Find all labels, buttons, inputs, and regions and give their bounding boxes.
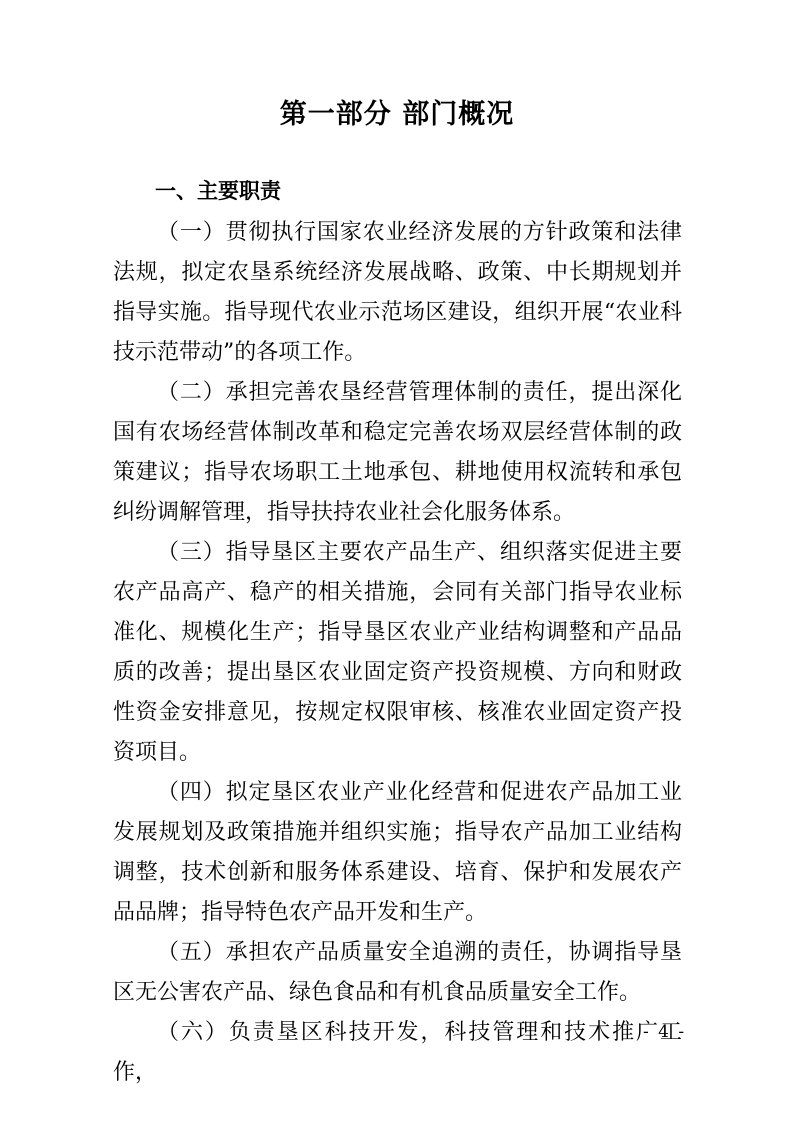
paragraph: （四）拟定垦区农业产业化经营和促进农产品加工业发展规划及政策措施并组织实施；指导… (113, 773, 682, 933)
document-title: 第一部分 部门概况 (0, 0, 794, 132)
document-page: 第一部分 部门概况 一、主要职责 （一）贯彻执行国家农业经济发展的方针政策和法律… (0, 0, 794, 1123)
paragraph: （五）承担农产品质量安全追溯的责任，协调指导垦区无公害农产品、绿色食品和有机食品… (113, 933, 682, 1013)
paragraph: （一）贯彻执行国家农业经济发展的方针政策和法律法规，拟定农垦系统经济发展战略、政… (113, 213, 682, 373)
page-number: - 4 - (643, 1022, 686, 1042)
section-heading: 一、主要职责 (155, 179, 794, 203)
paragraph: （三）指导垦区主要农产品生产、组织落实促进主要农产品高产、稳产的相关措施，会同有… (113, 533, 682, 773)
paragraph: （六）负责垦区科技开发，科技管理和技术推广工作， (113, 1013, 682, 1093)
paragraph: （二）承担完善农垦经营管理体制的责任，提出深化国有农场经营体制改革和稳定完善农场… (113, 373, 682, 533)
document-body: （一）贯彻执行国家农业经济发展的方针政策和法律法规，拟定农垦系统经济发展战略、政… (113, 213, 682, 1093)
